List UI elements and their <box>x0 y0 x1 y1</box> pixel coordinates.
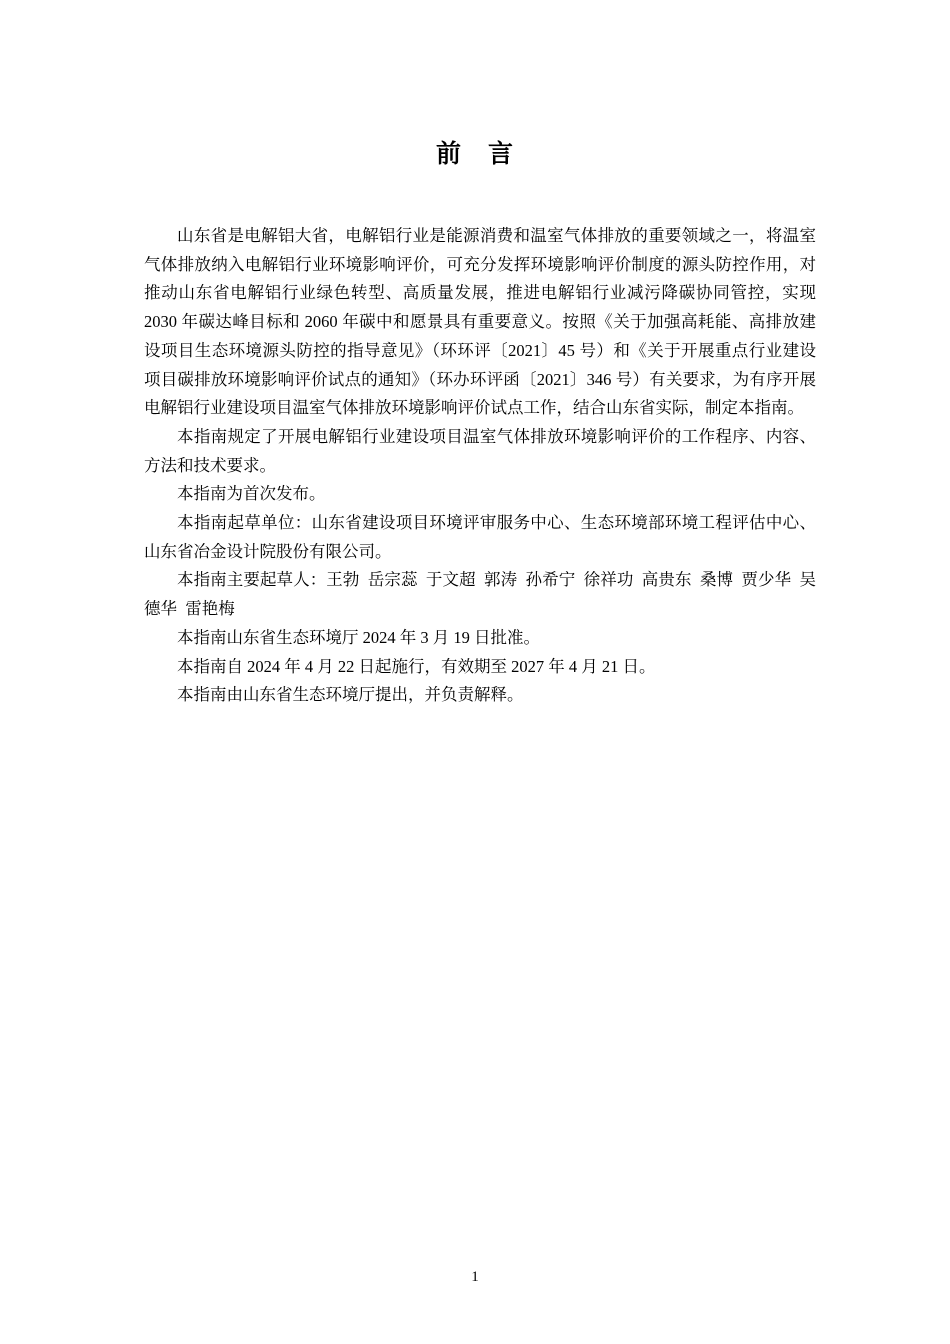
paragraph: 本指南为首次发布。 <box>144 480 816 509</box>
paragraph: 本指南规定了开展电解铝行业建设项目温室气体排放环境影响评价的工作程序、内容、方法… <box>144 423 816 480</box>
paragraph: 本指南自 2024 年 4 月 22 日起施行，有效期至 2027 年 4 月 … <box>144 653 816 682</box>
paragraph: 本指南主要起草人：王勃 岳宗蕊 于文超 郭涛 孙希宁 徐祥功 高贵东 桑博 贾少… <box>144 566 816 623</box>
paragraph: 本指南起草单位：山东省建设项目环境评审服务中心、生态环境部环境工程评估中心、山东… <box>144 509 816 566</box>
document-page: 前 言 山东省是电解铝大省，电解铝行业是能源消费和温室气体排放的重要领域之一，将… <box>0 0 950 1344</box>
paragraph: 本指南山东省生态环境厅 2024 年 3 月 19 日批准。 <box>144 624 816 653</box>
paragraph: 本指南由山东省生态环境厅提出，并负责解释。 <box>144 681 816 710</box>
page-title: 前 言 <box>0 141 950 169</box>
paragraph: 山东省是电解铝大省，电解铝行业是能源消费和温室气体排放的重要领域之一，将温室气体… <box>144 222 816 423</box>
preface-body: 山东省是电解铝大省，电解铝行业是能源消费和温室气体排放的重要领域之一，将温室气体… <box>144 222 816 710</box>
page-number: 1 <box>0 1268 950 1286</box>
